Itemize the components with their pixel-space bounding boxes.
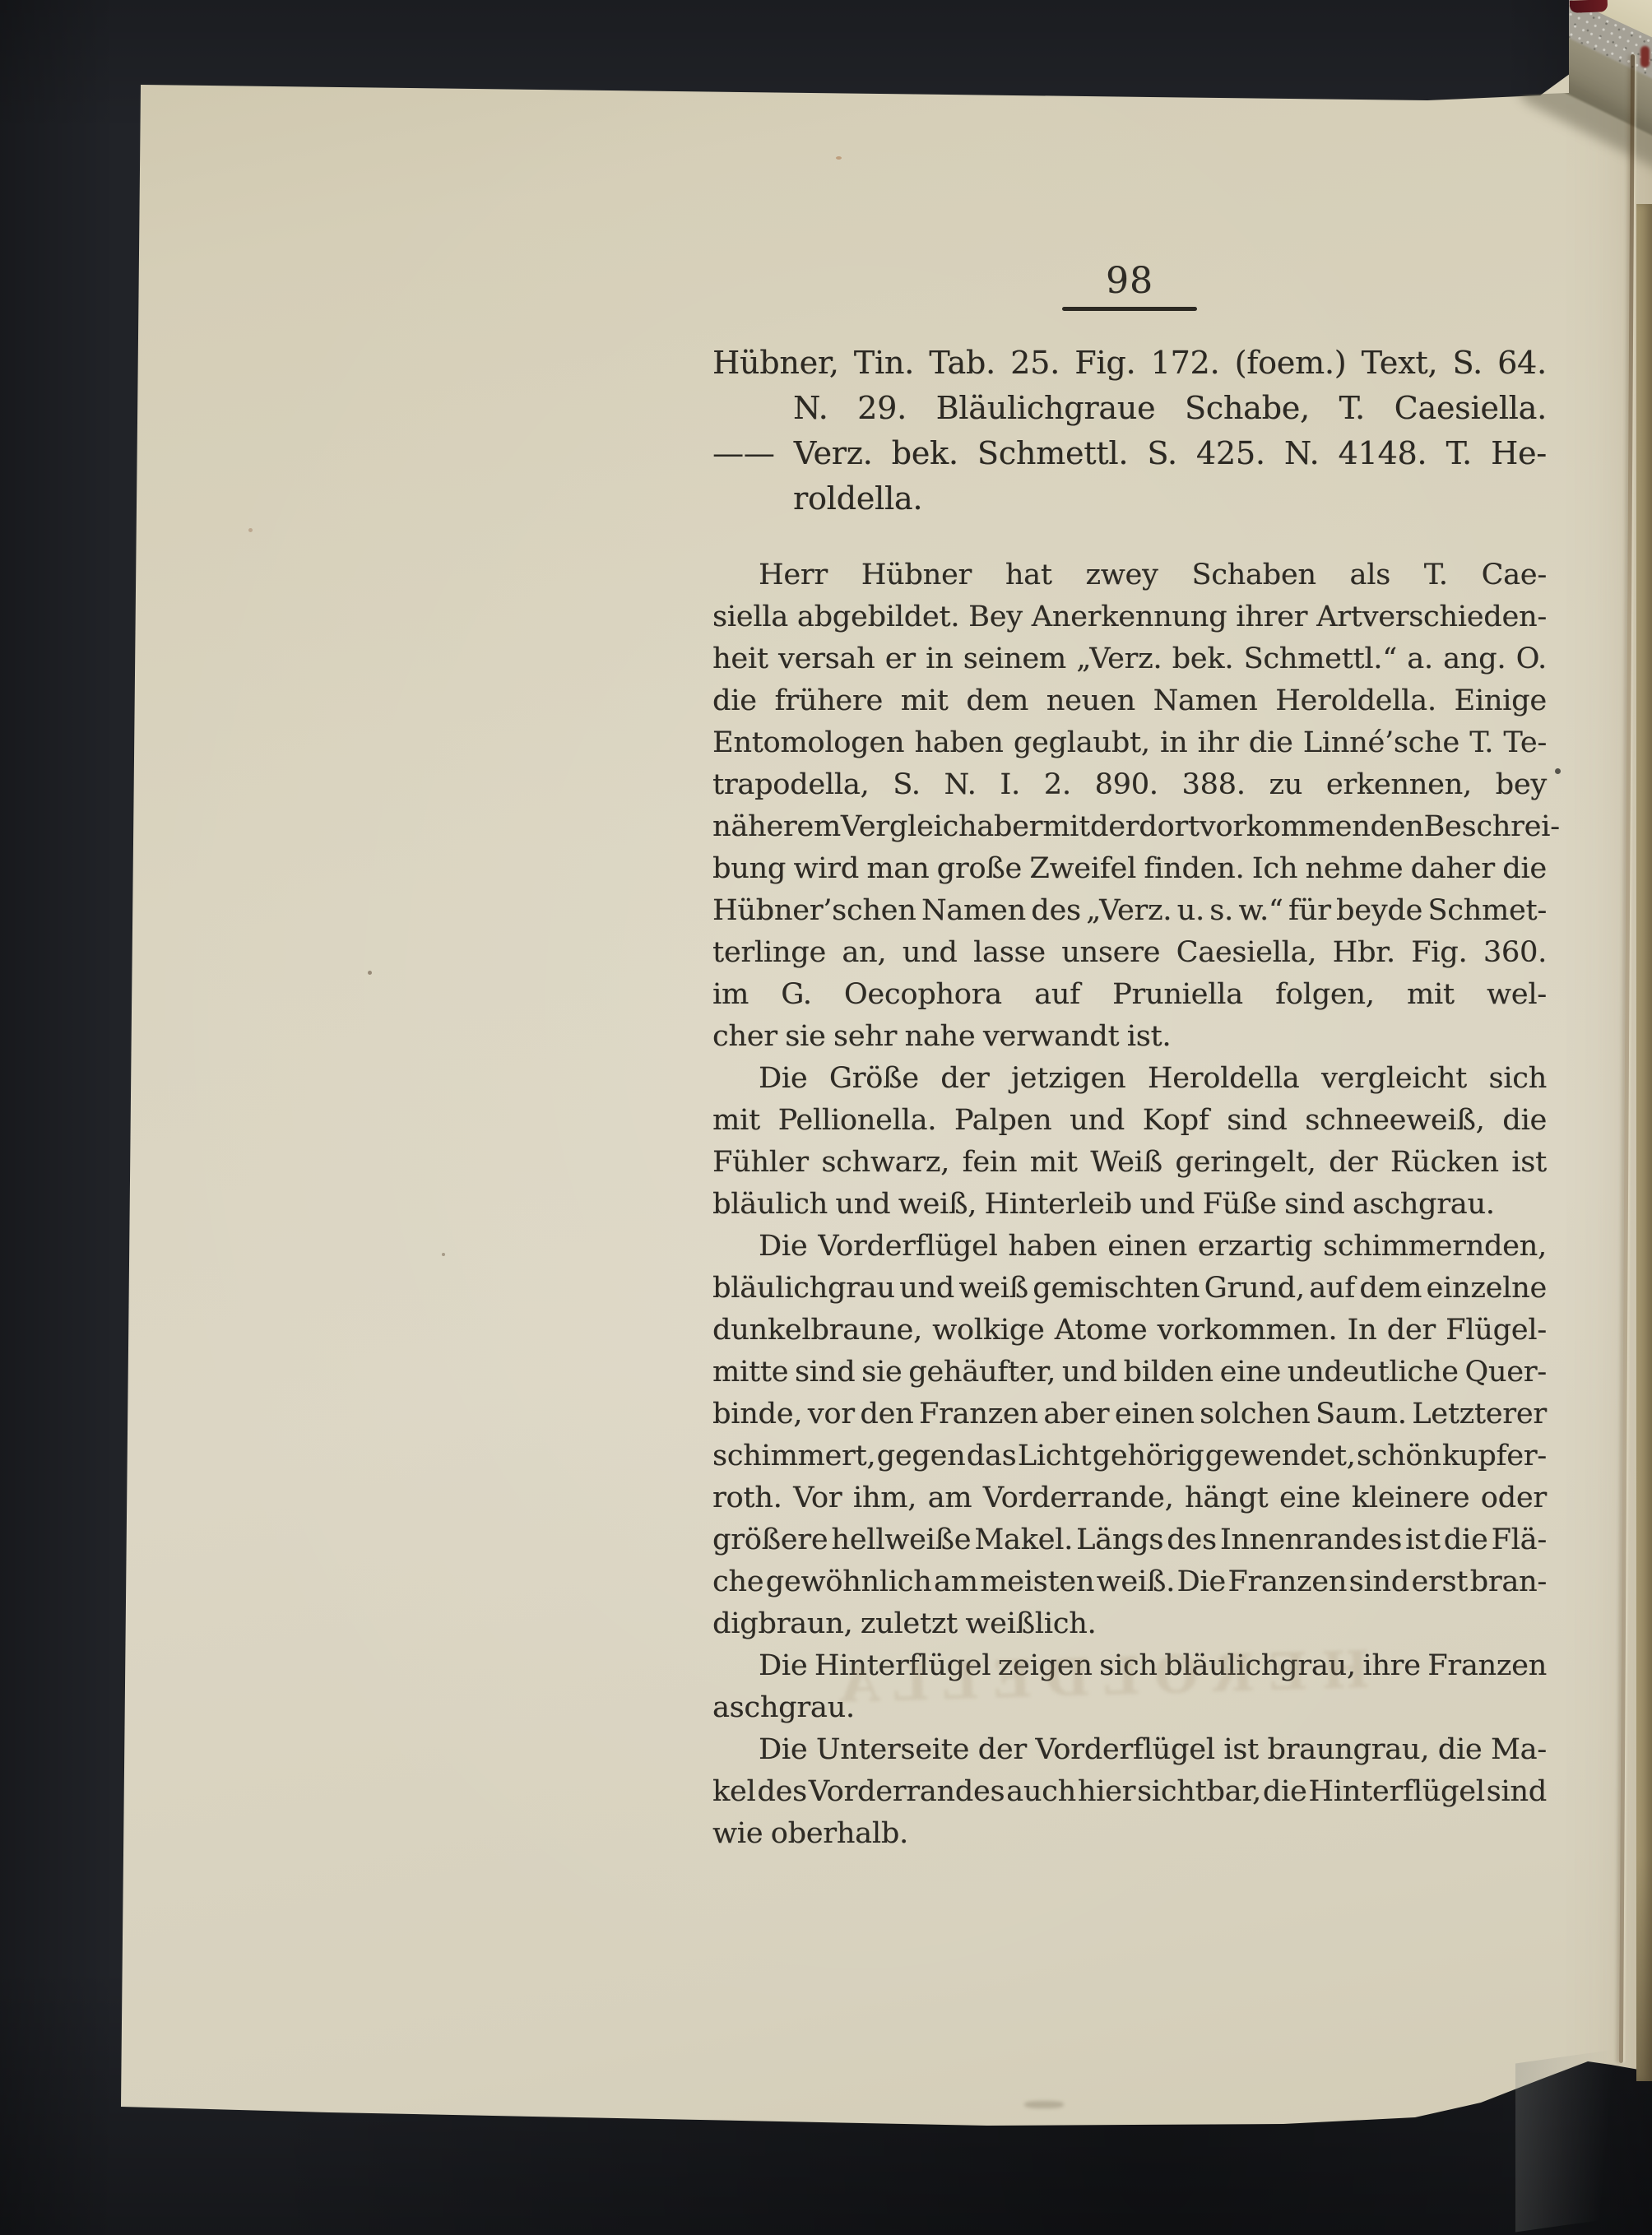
text-line: dunkelbraune,wolkigeAtomevorkommen.Inder…	[712, 1309, 1547, 1351]
paper-speck	[1555, 768, 1561, 774]
text-line: diefrüheremitdemneuenNamenHeroldella.Ein…	[712, 679, 1547, 721]
headband-red-chip	[1570, 0, 1608, 13]
page-number: 98	[712, 260, 1547, 302]
text-line: Entomologenhabengeglaubt,inihrdieLinné’s…	[712, 721, 1547, 763]
text-line: siellaabgebildet.BeyAnerkennungihrerArtv…	[712, 596, 1547, 638]
header-block: Hübner,Tin.Tab.25.Fig.172.(foem.)Text,S.…	[712, 340, 1547, 521]
text-line: mittesindsiegehäufter,undbildeneineundeu…	[712, 1351, 1547, 1393]
text-line: DieVorderflügelhabeneinenerzartigschimme…	[712, 1225, 1547, 1267]
book-page: 98 Hübner,Tin.Tab.25.Fig.172.(foem.)Text…	[0, 0, 1652, 2235]
text-line: chegewöhnlichammeistenweiß.DieFranzensin…	[712, 1560, 1547, 1602]
text-line: bläulichgrauundweißgemischtenGrund,aufde…	[712, 1267, 1547, 1309]
text-line: chersiesehrnaheverwandtist.	[712, 1015, 1547, 1057]
scan-background: 98 Hübner,Tin.Tab.25.Fig.172.(foem.)Text…	[0, 0, 1652, 2235]
text-line: schimmert,gegendasLichtgehöriggewendet,s…	[712, 1435, 1547, 1477]
text-line: mitPellionella.PalpenundKopfsindschneewe…	[712, 1099, 1547, 1141]
text-line: bungwirdmangroßeZweifelfinden.Ichnehmeda…	[712, 847, 1547, 889]
text-line: heitversaherinseinem„Verz.bek.Schmettl.“…	[712, 638, 1547, 679]
text-line: Hübner’schenNamendes„Verz.u.s.w.“fürbeyd…	[712, 889, 1547, 931]
background-streak	[1515, 2046, 1639, 2232]
paper-speck	[442, 1253, 445, 1256]
text-line: Fühlerschwarz,feinmitWeißgeringelt,derRü…	[712, 1141, 1547, 1183]
page-number-rule	[1062, 307, 1197, 311]
text-line: keldesVorderrandesauchhiersichtbar,dieHi…	[712, 1770, 1547, 1812]
text-line: Hübner,Tin.Tab.25.Fig.172.(foem.)Text,S.…	[712, 340, 1547, 385]
fore-edge-sliver	[1636, 204, 1652, 2081]
text-line: roth.Vorihm,amVorderrande,hängteineklein…	[712, 1477, 1547, 1519]
text-line: näheremVergleichabermitderdortvorkommend…	[712, 805, 1547, 847]
text-line: HerrHübnerhatzweySchabenalsT.Cae-	[712, 554, 1547, 596]
text-line: wieoberhalb.	[712, 1812, 1547, 1854]
text-line: DieGrößederjetzigenHeroldellavergleichts…	[712, 1057, 1547, 1099]
text-line: ——Verz.bek.Schmettl.S.425.N.4148.T.He-	[712, 430, 1547, 475]
text-line: digbraun,zuletztweißlich.	[712, 1602, 1547, 1644]
text-line: bläulichundweiß,HinterleibundFüßesindasc…	[712, 1183, 1547, 1225]
text-line: DieUnterseitederVorderflügelistbraungrau…	[712, 1728, 1547, 1770]
red-edge-mark	[1640, 46, 1650, 67]
text-line: trapodella,S.N.I.2.890.388.zuerkennen,be…	[712, 763, 1547, 805]
paper-speck	[368, 971, 372, 975]
text-line: roldella.	[712, 475, 1547, 521]
text-line: N.29.BläulichgraueSchabe,T.Caesiella.	[712, 385, 1547, 430]
text-line: größerehellweißeMakel.LängsdesInnenrande…	[712, 1519, 1547, 1560]
paper-speck	[836, 156, 842, 160]
text-line: binde,vordenFranzenabereinensolchenSaum.…	[712, 1393, 1547, 1435]
text-line: terlingean,undlasseunsereCaesiella,Hbr.F…	[712, 931, 1547, 973]
paper-smudge	[1024, 2101, 1064, 2108]
text-line: imG.OecophoraaufPruniellafolgen,mitwel-	[712, 973, 1547, 1015]
paper-speck	[248, 528, 253, 532]
